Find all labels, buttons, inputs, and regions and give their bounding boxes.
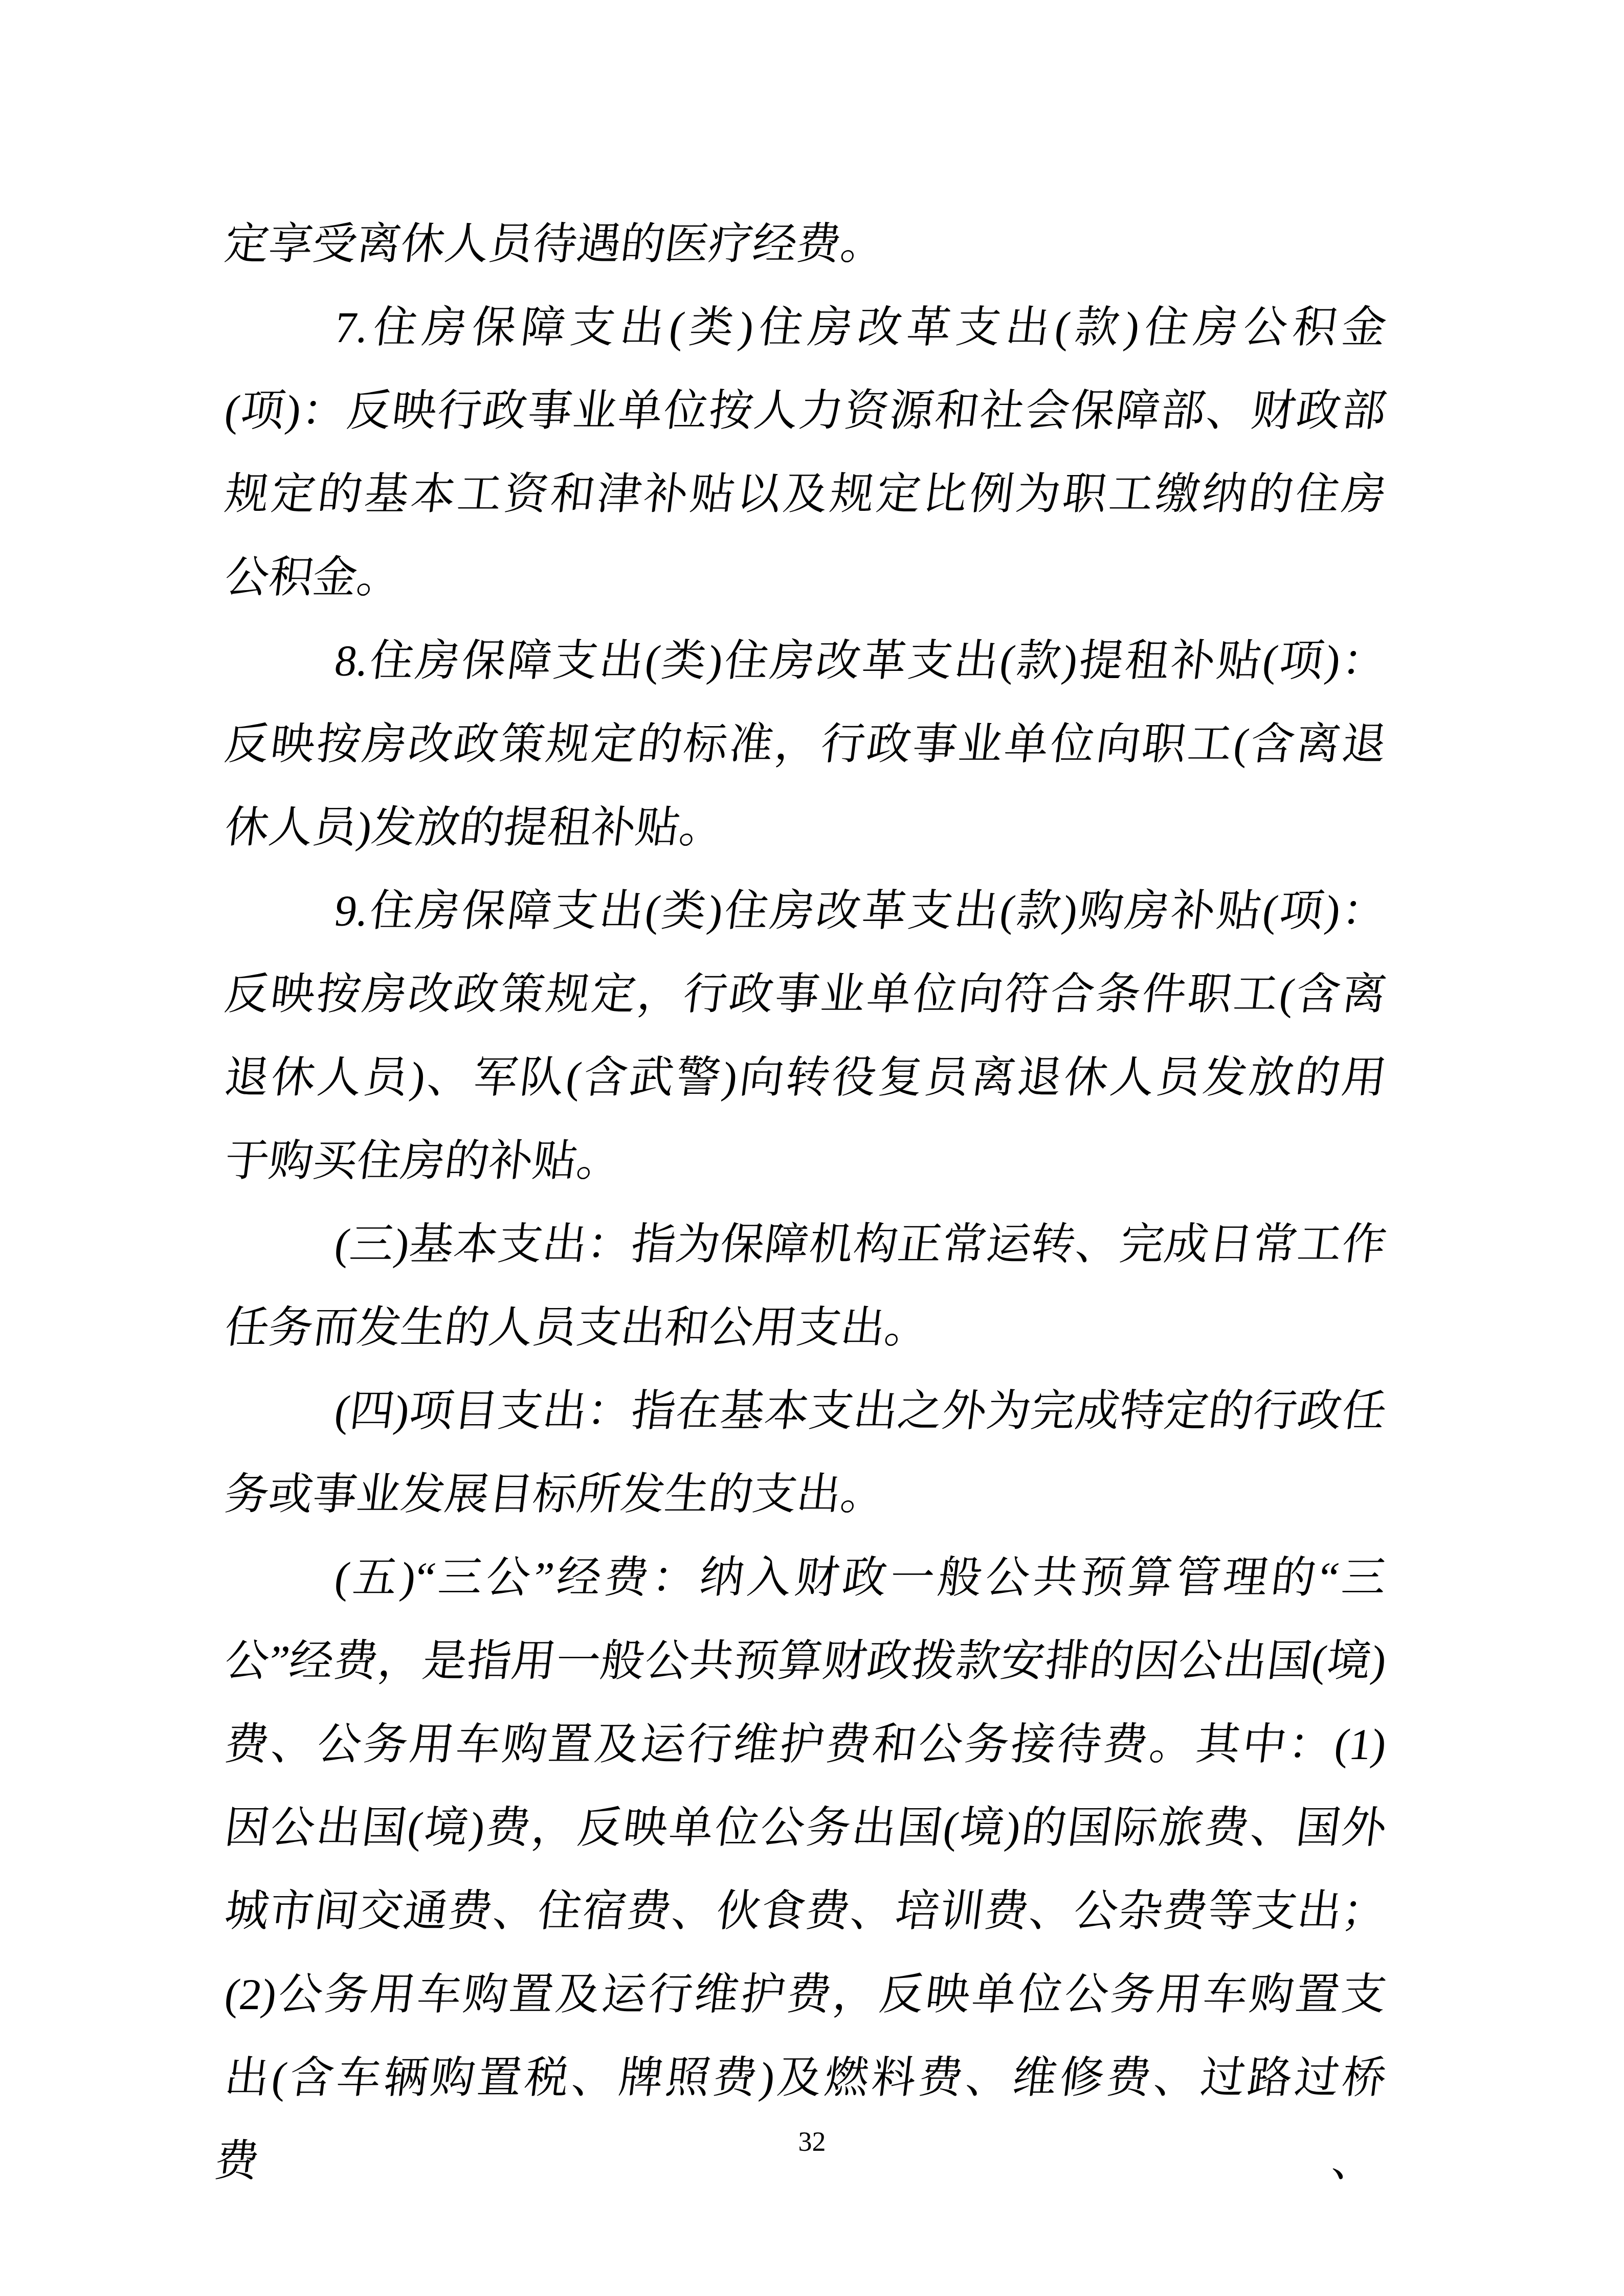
page-number: 32	[798, 2126, 826, 2157]
text-line: (三)基本支出：指为保障机构正常运转、完成日常工作	[220, 1203, 1391, 1286]
page-body: 定享受离休人员待遇的医疗经费。7.住房保障支出(类)住房改革支出(款)住房公积金…	[225, 202, 1386, 2120]
text-line: 公积金。	[220, 536, 1391, 619]
text-line: 7.住房保障支出(类)住房改革支出(款)住房公积金	[220, 286, 1391, 369]
page-footer: 32	[0, 2126, 1624, 2157]
text-line: 于购买住房的补贴。	[220, 1119, 1391, 1203]
text-line: 反映按房改政策规定，行政事业单位向符合条件职工(含离	[220, 953, 1391, 1036]
text-line: 务或事业发展目标所发生的支出。	[220, 1453, 1391, 1536]
text-line: 9.住房保障支出(类)住房改革支出(款)购房补贴(项)：	[220, 869, 1391, 953]
document-page: 定享受离休人员待遇的医疗经费。7.住房保障支出(类)住房改革支出(款)住房公积金…	[0, 0, 1624, 2296]
text-line: 退休人员)、军队(含武警)向转役复员离退休人员发放的用	[220, 1036, 1391, 1119]
text-line: 休人员)发放的提租补贴。	[220, 786, 1391, 869]
text-line: 反映按房改政策规定的标准，行政事业单位向职工(含离退	[220, 703, 1391, 786]
text-line: (2)公务用车购置及运行维护费，反映单位公务用车购置支	[220, 1953, 1391, 2036]
text-line: 定享受离休人员待遇的医疗经费。	[220, 202, 1391, 286]
text-line: 城市间交通费、住宿费、伙食费、培训费、公杂费等支出；	[220, 1870, 1391, 1953]
text-line: (四)项目支出：指在基本支出之外为完成特定的行政任	[220, 1369, 1391, 1453]
text-line: 规定的基本工资和津补贴以及规定比例为职工缴纳的住房	[220, 453, 1391, 536]
text-line: 公”经费，是指用一般公共预算财政拨款安排的因公出国(境)	[220, 1619, 1391, 1703]
text-line: 任务而发生的人员支出和公用支出。	[220, 1286, 1391, 1369]
text-line: (五)“三公”经费：纳入财政一般公共预算管理的“三	[220, 1536, 1391, 1619]
text-line: 出(含车辆购置税、牌照费)及燃料费、维修费、过路过桥费、	[220, 2036, 1391, 2120]
text-line: (项)：反映行政事业单位按人力资源和社会保障部、财政部	[220, 369, 1391, 453]
text-line: 费、公务用车购置及运行维护费和公务接待费。其中：(1)	[220, 1703, 1391, 1786]
text-line: 因公出国(境)费，反映单位公务出国(境)的国际旅费、国外	[220, 1786, 1391, 1870]
text-line: 8.住房保障支出(类)住房改革支出(款)提租补贴(项)：	[220, 619, 1391, 703]
